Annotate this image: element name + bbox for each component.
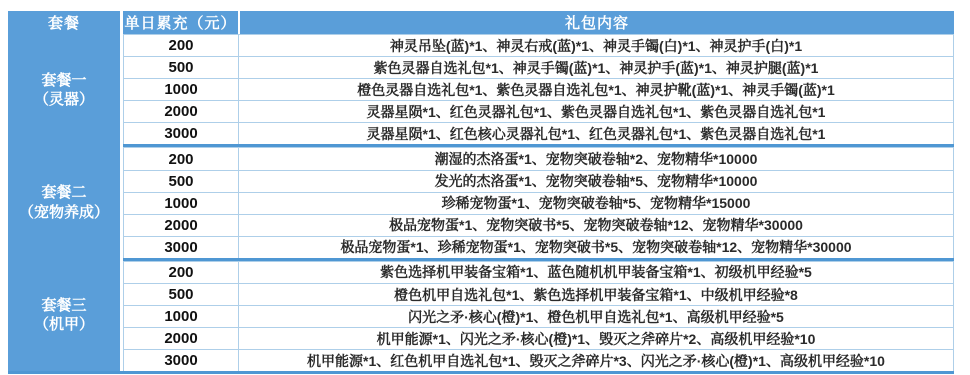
table-row: 1000 珍稀宠物蛋*1、宠物突破卷轴*5、宠物精华*15000 [123, 192, 954, 214]
table-row: 500 紫色灵器自选礼包*1、神灵手镯(蓝)*1、神灵护手(蓝)*1、神灵护腿(… [123, 56, 954, 78]
package-group-3-name: 套餐三 [41, 296, 86, 316]
package-group-1-type: （灵器） [34, 90, 94, 110]
package-group-2-name: 套餐二 [41, 183, 86, 203]
package-group-2-label: 套餐二 （宠物养成） [8, 146, 120, 258]
table-row: 3000 极品宠物蛋*1、珍稀宠物蛋*1、宠物突破书*5、宠物突破卷轴*12、宠… [123, 236, 954, 258]
content-cell: 机甲能源*1、闪光之矛·核心(橙)*1、毁灭之斧碎片*2、高级机甲经验*10 [239, 328, 953, 349]
amount-cell: 500 [124, 57, 239, 78]
content-cell: 极品宠物蛋*1、宠物突破书*5、宠物突破卷轴*12、宠物精华*30000 [239, 215, 953, 236]
table-row: 500 橙色机甲自选礼包*1、紫色选择机甲装备宝箱*1、中级机甲经验*8 [123, 283, 954, 305]
table-row: 3000 灵器星陨*1、红色核心灵器礼包*1、红色灵器礼包*1、紫色灵器自选礼包… [123, 122, 954, 144]
table-row: 1000 闪光之矛·核心(橙)*1、橙色机甲自选礼包*1、高级机甲经验*5 [123, 305, 954, 327]
table-row: 2000 机甲能源*1、闪光之矛·核心(橙)*1、毁灭之斧碎片*2、高级机甲经验… [123, 327, 954, 349]
content-cell: 极品宠物蛋*1、珍稀宠物蛋*1、宠物突破书*5、宠物突破卷轴*12、宠物精华*3… [239, 237, 953, 258]
package-group-3-type: （机甲） [34, 315, 94, 335]
amount-cell: 500 [124, 171, 239, 192]
content-cell: 灵器星陨*1、红色核心灵器礼包*1、红色灵器礼包*1、紫色灵器自选礼包*1 [239, 123, 953, 144]
column-header-amount: 单日累充（元） [123, 11, 238, 34]
amount-cell: 500 [124, 284, 239, 305]
table-header-row: 单日累充（元） 礼包内容 [123, 11, 954, 34]
recharge-reward-page: 套餐 套餐一 （灵器） 套餐二 （宠物养成） 套餐三 （机甲） 单日累充（元） … [0, 0, 970, 375]
content-cell: 橙色灵器自选礼包*1、紫色灵器自选礼包*1、神灵护靴(蓝)*1、神灵手镯(蓝)*… [239, 79, 953, 100]
amount-cell: 3000 [124, 350, 239, 371]
package-group-2-type: （宠物养成） [19, 203, 109, 223]
group-1-rows: 200 神灵吊坠(蓝)*1、神灵右戒(蓝)*1、神灵手镯(白)*1、神灵护手(白… [123, 34, 954, 144]
column-header-content: 礼包内容 [240, 11, 954, 34]
content-cell: 橙色机甲自选礼包*1、紫色选择机甲装备宝箱*1、中级机甲经验*8 [239, 284, 953, 305]
package-group-1-label: 套餐一 （灵器） [8, 34, 120, 146]
table-row: 200 紫色选择机甲装备宝箱*1、蓝色随机机甲装备宝箱*1、初级机甲经验*5 [123, 261, 954, 283]
content-cell: 潮湿的杰洛蛋*1、宠物突破卷轴*2、宠物精华*10000 [239, 148, 953, 169]
recharge-reward-table: 套餐 套餐一 （灵器） 套餐二 （宠物养成） 套餐三 （机甲） 单日累充（元） … [8, 11, 954, 374]
table-row: 200 潮湿的杰洛蛋*1、宠物突破卷轴*2、宠物精华*10000 [123, 147, 954, 169]
amount-cell: 200 [124, 35, 239, 56]
group-2-rows: 200 潮湿的杰洛蛋*1、宠物突破卷轴*2、宠物精华*10000 500 发光的… [123, 144, 954, 257]
content-cell: 发光的杰洛蛋*1、宠物突破卷轴*5、宠物精华*10000 [239, 171, 953, 192]
table-body: 单日累充（元） 礼包内容 200 神灵吊坠(蓝)*1、神灵右戒(蓝)*1、神灵手… [123, 11, 954, 371]
amount-cell: 3000 [124, 237, 239, 258]
amount-cell: 200 [124, 148, 239, 169]
package-group-3-label: 套餐三 （机甲） [8, 259, 120, 371]
content-cell: 闪光之矛·核心(橙)*1、橙色机甲自选礼包*1、高级机甲经验*5 [239, 306, 953, 327]
amount-cell: 1000 [124, 79, 239, 100]
content-cell: 紫色选择机甲装备宝箱*1、蓝色随机机甲装备宝箱*1、初级机甲经验*5 [239, 262, 953, 283]
content-cell: 神灵吊坠(蓝)*1、神灵右戒(蓝)*1、神灵手镯(白)*1、神灵护手(白)*1 [239, 35, 953, 56]
content-cell: 珍稀宠物蛋*1、宠物突破卷轴*5、宠物精华*15000 [239, 193, 953, 214]
content-cell: 机甲能源*1、红色机甲自选礼包*1、毁灭之斧碎片*3、闪光之矛·核心(橙)*1、… [239, 350, 953, 371]
table-row: 1000 橙色灵器自选礼包*1、紫色灵器自选礼包*1、神灵护靴(蓝)*1、神灵手… [123, 78, 954, 100]
amount-cell: 1000 [124, 306, 239, 327]
table-row: 2000 灵器星陨*1、红色灵器礼包*1、紫色灵器自选礼包*1、紫色灵器自选礼包… [123, 100, 954, 122]
column-header-package: 套餐 [8, 11, 120, 34]
amount-cell: 2000 [124, 215, 239, 236]
table-row: 500 发光的杰洛蛋*1、宠物突破卷轴*5、宠物精华*10000 [123, 170, 954, 192]
table-row: 3000 机甲能源*1、红色机甲自选礼包*1、毁灭之斧碎片*3、闪光之矛·核心(… [123, 349, 954, 371]
amount-cell: 1000 [124, 193, 239, 214]
amount-cell: 2000 [124, 328, 239, 349]
amount-cell: 200 [124, 262, 239, 283]
amount-cell: 3000 [124, 123, 239, 144]
content-cell: 灵器星陨*1、红色灵器礼包*1、紫色灵器自选礼包*1、紫色灵器自选礼包*1 [239, 101, 953, 122]
group-3-rows: 200 紫色选择机甲装备宝箱*1、蓝色随机机甲装备宝箱*1、初级机甲经验*5 5… [123, 258, 954, 371]
package-group-1-name: 套餐一 [41, 71, 86, 91]
package-column: 套餐 套餐一 （灵器） 套餐二 （宠物养成） 套餐三 （机甲） [8, 11, 120, 371]
table-row: 200 神灵吊坠(蓝)*1、神灵右戒(蓝)*1、神灵手镯(白)*1、神灵护手(白… [123, 34, 954, 56]
table-row: 2000 极品宠物蛋*1、宠物突破书*5、宠物突破卷轴*12、宠物精华*3000… [123, 214, 954, 236]
content-cell: 紫色灵器自选礼包*1、神灵手镯(蓝)*1、神灵护手(蓝)*1、神灵护腿(蓝)*1 [239, 57, 953, 78]
amount-cell: 2000 [124, 101, 239, 122]
